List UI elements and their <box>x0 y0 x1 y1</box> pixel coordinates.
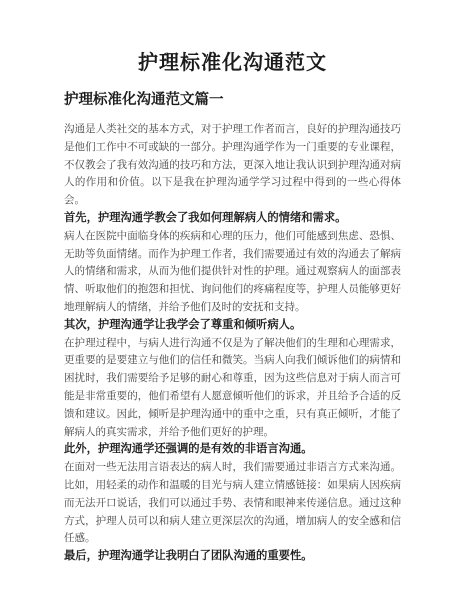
subheading-last-point: 最后，护理沟通学让我明白了团队沟通的重要性。 <box>64 548 401 566</box>
section-title: 护理标准化沟通范文篇一 <box>64 91 401 110</box>
subheading-third-point: 此外，护理沟通学还强调的是有效的非语言沟通。 <box>64 441 401 459</box>
subheading-second-point: 其次，护理沟通学让我学会了尊重和倾听病人。 <box>64 317 401 335</box>
paragraph-second-point: 在护理过程中，与病人进行沟通不仅是为了解决他们的生理和心理需求，更重要的是要建立… <box>64 335 401 442</box>
paragraph-third-point: 在面对一些无法用言语表达的病人时，我们需要通过非语言方式来沟通。比如，用轻柔的动… <box>64 459 401 548</box>
document-title: 护理标准化沟通范文 <box>64 50 401 76</box>
paragraph-intro: 沟通是人类社交的基本方式，对于护理工作者而言，良好的护理沟通技巧是他们工作中不可… <box>64 121 401 210</box>
subheading-first-point: 首先，护理沟通学教会了我如何理解病人的情绪和需求。 <box>64 210 401 228</box>
paragraph-first-point: 病人在医院中面临身体的疾病和心理的压力，他们可能感到焦虑、恐惧、无助等负面情绪。… <box>64 228 401 317</box>
document-page: 护理标准化沟通范文 护理标准化沟通范文篇一 沟通是人类社交的基本方式，对于护理工… <box>0 0 463 600</box>
